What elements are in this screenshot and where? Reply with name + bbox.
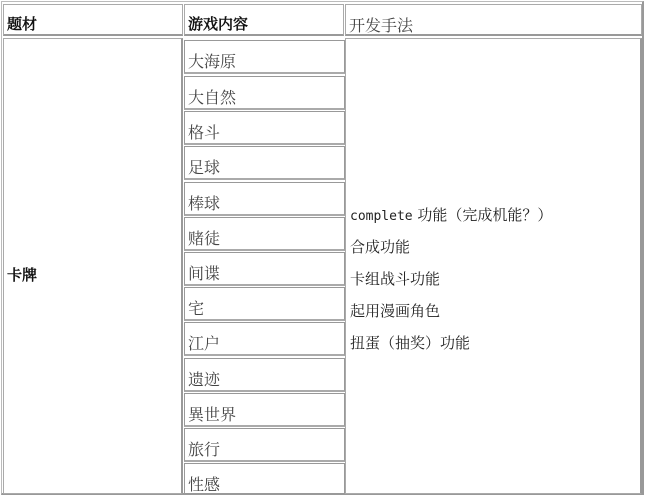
game-content-label: 異世界 [188, 402, 236, 425]
game-content-item: 江户 [184, 322, 345, 356]
game-content-label: 宅 [188, 296, 204, 319]
dev-method-item: 起用漫画角色 [350, 295, 552, 327]
game-content-item: 间谍 [184, 252, 345, 286]
dev-method-item: 合成功能 [350, 231, 552, 263]
game-content-item: 遗迹 [184, 358, 345, 392]
dev-method-item: complete 功能（完成机能？） [350, 199, 552, 231]
game-content-item: 大自然 [184, 76, 345, 110]
dev-method-prefix: complete [350, 209, 413, 224]
dev-method-item: 扭蛋（抽奖）功能 [350, 327, 552, 359]
game-content-label: 性感 [188, 472, 220, 495]
game-content-label: 格斗 [188, 120, 220, 143]
dev-method-list: complete 功能（完成机能？） 合成功能 卡组战斗功能 起用漫画角色 扭蛋… [350, 199, 552, 359]
game-content-item: 大海原 [184, 40, 345, 74]
game-content-label: 旅行 [188, 437, 220, 460]
header-topic: 题材 [3, 4, 183, 36]
game-content-item: 宅 [184, 287, 345, 321]
game-content-item: 格斗 [184, 111, 345, 145]
game-content-label: 江户 [188, 331, 220, 354]
dev-method-text: 功能（完成机能？） [413, 206, 553, 224]
topic-cell: 卡牌 [3, 38, 183, 494]
header-game-content-label: 游戏内容 [188, 13, 248, 34]
dev-method-text: 起用漫画角色 [350, 302, 440, 320]
dev-method-item: 卡组战斗功能 [350, 263, 552, 295]
game-content-label: 间谍 [188, 261, 220, 284]
dev-method-text: 扭蛋（抽奖）功能 [350, 334, 470, 352]
game-content-label: 赌徒 [188, 226, 220, 249]
game-content-item: 旅行 [184, 428, 345, 462]
dev-method-text: 合成功能 [350, 238, 410, 256]
topic-label: 卡牌 [7, 264, 37, 285]
game-content-item: 異世界 [184, 393, 345, 427]
header-game-content: 游戏内容 [184, 4, 344, 36]
dev-method-text: 卡组战斗功能 [350, 270, 440, 288]
game-content-label: 大海原 [188, 49, 236, 72]
game-content-item: 性感 [184, 463, 345, 495]
header-dev-method-label: 开发手法 [349, 13, 413, 36]
header-dev-method: 开发手法 [345, 4, 642, 36]
game-content-label: 遗迹 [188, 367, 220, 390]
game-content-item: 赌徒 [184, 217, 345, 251]
header-topic-label: 题材 [7, 13, 37, 34]
game-content-label: 大自然 [188, 85, 236, 108]
game-content-label: 棒球 [188, 191, 220, 214]
game-content-item: 足球 [184, 146, 345, 180]
game-content-item: 棒球 [184, 182, 345, 216]
game-content-label: 足球 [188, 155, 220, 178]
game-content-table: 题材 游戏内容 开发手法 卡牌 大海原 大自然 格斗 足球 棒球 赌徒 间谍 宅… [0, 0, 646, 498]
dev-method-cell: complete 功能（完成机能？） 合成功能 卡组战斗功能 起用漫画角色 扭蛋… [345, 38, 642, 494]
